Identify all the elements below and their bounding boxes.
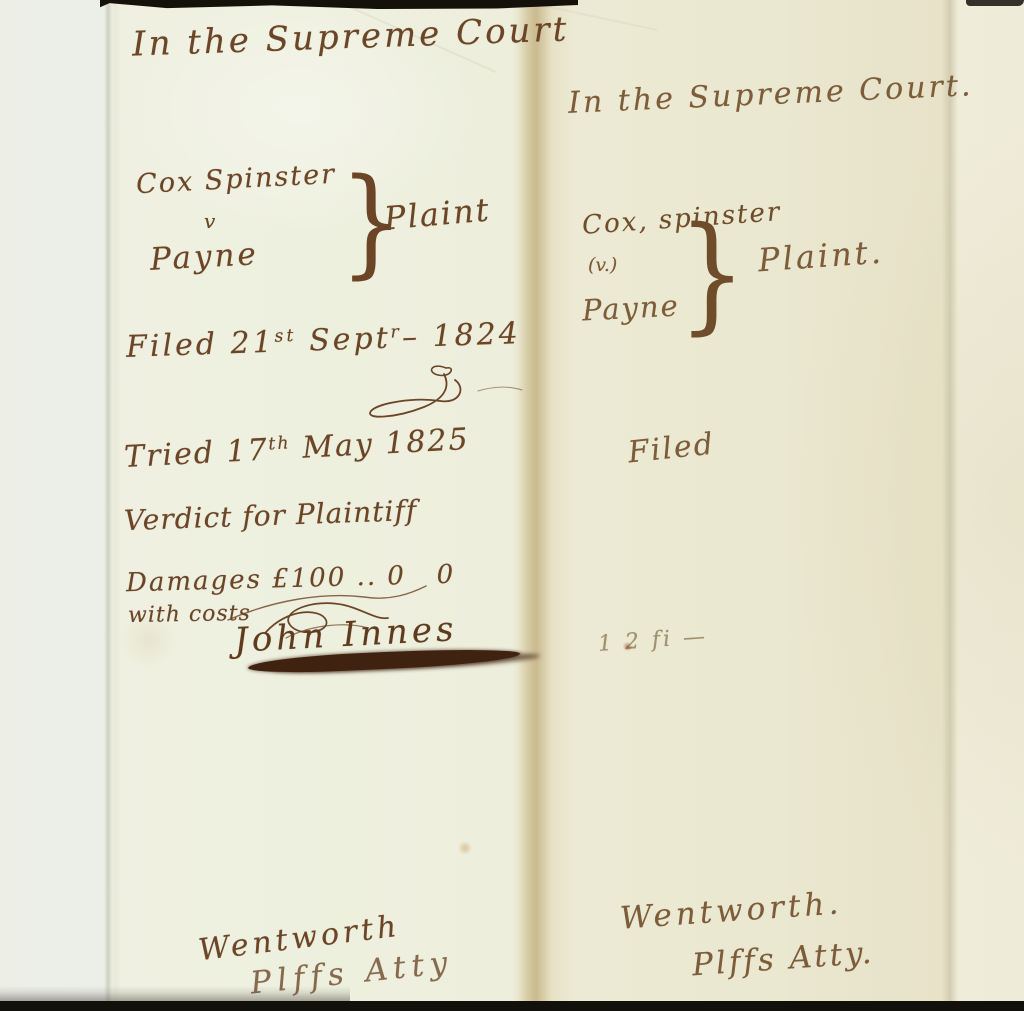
filed-year-text: – 1824: [401, 316, 521, 355]
scan-edge-bottom: [0, 1001, 1024, 1011]
ink-smudge: [622, 642, 633, 651]
right-versus: (v.): [588, 256, 617, 275]
filed-ordinal-suffix: st: [274, 326, 297, 347]
left-versus: v: [204, 211, 215, 231]
right-defendant-name: Payne: [581, 291, 680, 325]
right-filed-label: Filed: [627, 430, 717, 469]
scan-edge-top: [100, 0, 578, 9]
right-case-brace: }: [678, 200, 746, 347]
tried-ordinal-suffix: th: [268, 434, 291, 455]
left-party-label: Plaint: [383, 193, 492, 234]
left-defendant-name: Payne: [149, 239, 259, 276]
filed-month-suffix: r: [390, 323, 402, 343]
scan-edge-top-right: [966, 0, 1024, 6]
scanned-document: In the Supreme Court Cox Spinster v Payn…: [0, 0, 1024, 1011]
filed-month-text: Sept: [296, 321, 391, 359]
right-party-label: Plaint.: [757, 236, 885, 277]
filed-date-text: Filed 21: [125, 325, 275, 365]
ink-flourish-monogram-icon: [358, 360, 528, 422]
